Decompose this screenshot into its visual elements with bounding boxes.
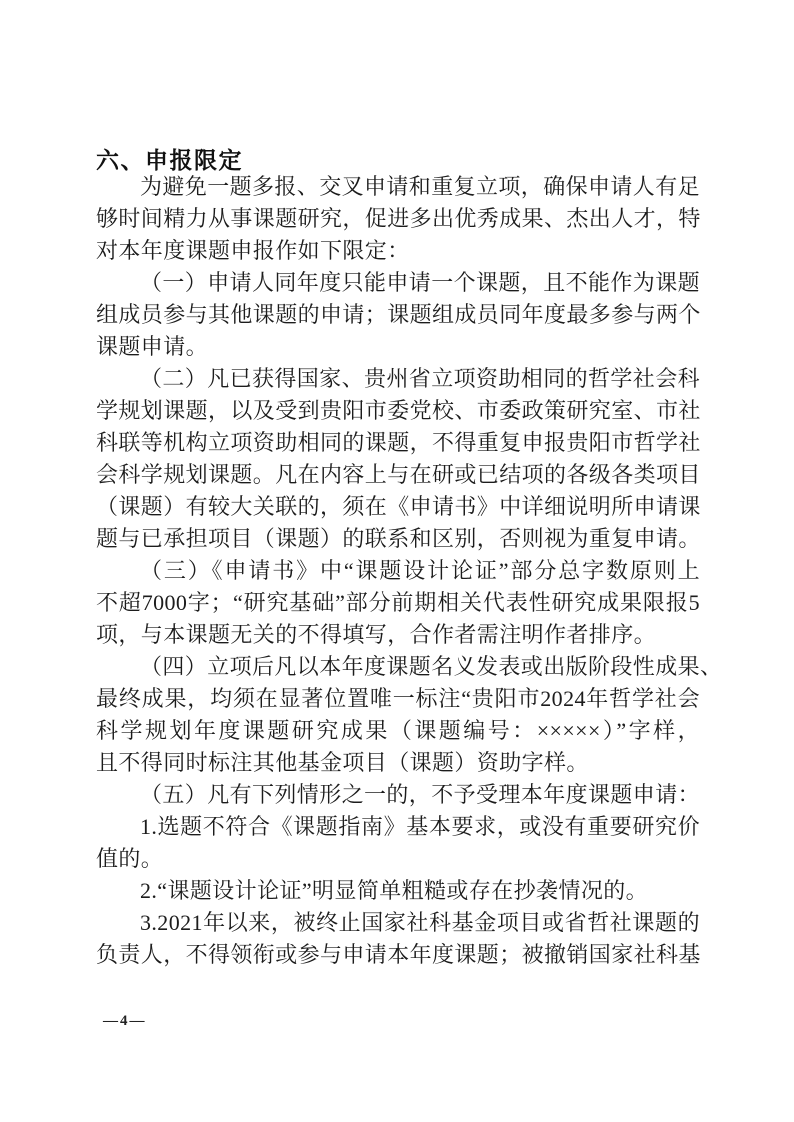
text-line: 为避免一题多报、交叉申请和重复立项，确保申请人有足	[96, 171, 700, 203]
document-page: 六、申报限定 为避免一题多报、交叉申请和重复立项，确保申请人有足够时间精力从事课…	[0, 0, 794, 1122]
text-line: （二）凡已获得国家、贵州省立项资助相同的哲学社会科	[96, 363, 700, 395]
text-line: （一）申请人同年度只能申请一个课题，且不能作为课题	[96, 267, 700, 299]
text-line: 3.2021年以来，被终止国家社科基金项目或省哲社课题的	[96, 907, 700, 939]
text-line: 题与已承担项目（课题）的联系和区别，否则视为重复申请。	[96, 523, 700, 555]
text-line: 2.“课题设计论证”明显简单粗糙或存在抄袭情况的。	[96, 875, 700, 907]
text-line: 且不得同时标注其他基金项目（课题）资助字样。	[96, 747, 700, 779]
text-line: 对本年度课题申报作如下限定：	[96, 235, 700, 267]
text-line: 负责人，不得领衔或参与申请本年度课题；被撤销国家社科基	[96, 939, 700, 971]
text-line: 学规划课题，以及受到贵阳市委党校、市委政策研究室、市社	[96, 395, 700, 427]
text-line: （课题）有较大关联的，须在《申请书》中详细说明所申请课	[96, 491, 700, 523]
text-line: （五）凡有下列情形之一的，不予受理本年度课题申请：	[96, 779, 700, 811]
text-line: 组成员参与其他课题的申请；课题组成员同年度最多参与两个	[96, 299, 700, 331]
text-line: 值的。	[96, 843, 700, 875]
text-line: 项，与本课题无关的不得填写，合作者需注明作者排序。	[96, 619, 700, 651]
text-line: （四）立项后凡以本年度课题名义发表或出版阶段性成果、	[96, 651, 700, 683]
text-line: （三）《申请书》中“课题设计论证”部分总字数原则上	[96, 555, 700, 587]
text-line: 不超7000字；“研究基础”部分前期相关代表性研究成果限报5	[96, 587, 700, 619]
text-line: 1.选题不符合《课题指南》基本要求，或没有重要研究价	[96, 811, 700, 843]
text-line: 科联等机构立项资助相同的课题，不得重复申报贵阳市哲学社	[96, 427, 700, 459]
text-line: 够时间精力从事课题研究，促进多出优秀成果、杰出人才，特	[96, 203, 700, 235]
text-line: 最终成果，均须在显著位置唯一标注“贵阳市2024年哲学社会	[96, 683, 700, 715]
text-line: 会科学规划课题。凡在内容上与在研或已结项的各级各类项目	[96, 459, 700, 491]
page-number: —4—	[103, 1013, 147, 1030]
document-body: 为避免一题多报、交叉申请和重复立项，确保申请人有足够时间精力从事课题研究，促进多…	[96, 171, 700, 971]
text-line: 科学规划年度课题研究成果（课题编号：×××××）”字样，	[96, 715, 700, 747]
text-line: 课题申请。	[96, 331, 700, 363]
